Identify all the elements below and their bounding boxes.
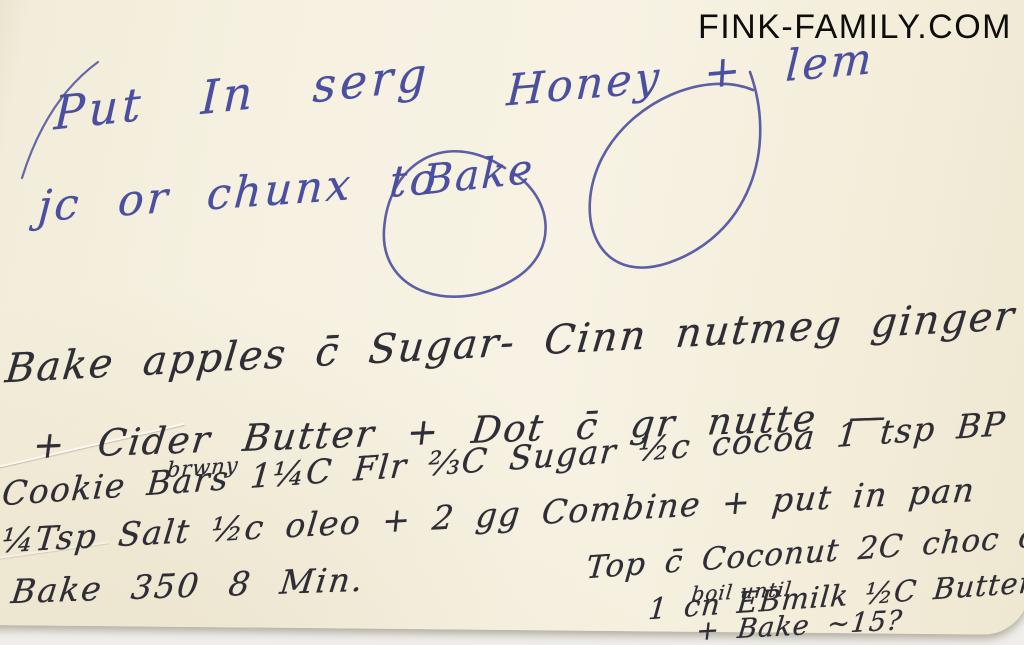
watermark-text: FINK-FAMILY.COM (698, 8, 1012, 47)
scanned-recipe-card-photo: FINK-FAMILY.COM Put In serg Honey + lem … (0, 0, 1024, 645)
